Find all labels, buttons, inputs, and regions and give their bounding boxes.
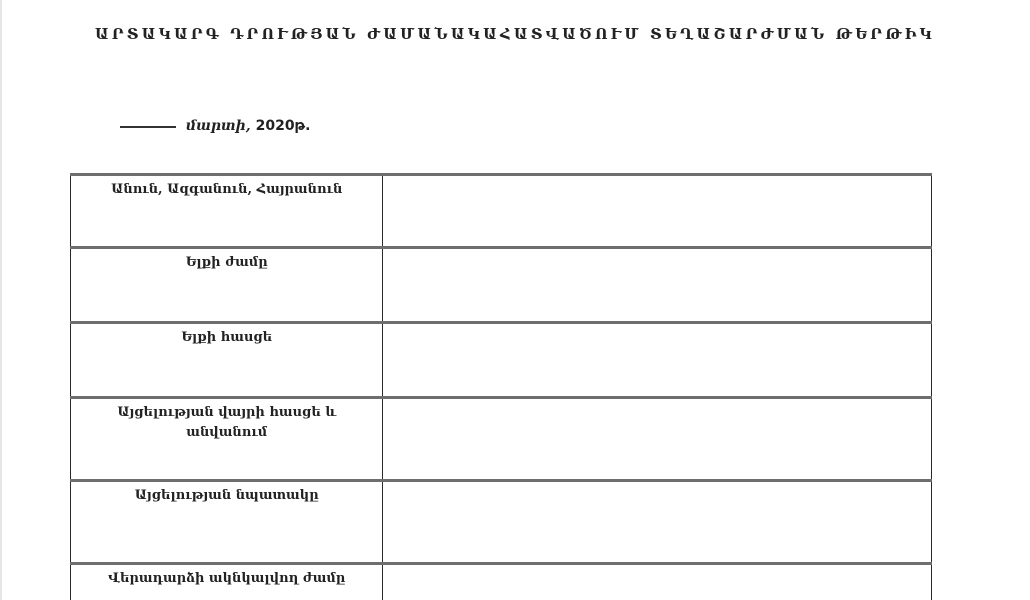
- departure-time-field[interactable]: [383, 248, 932, 323]
- form-label: Ելքի հասցե: [71, 323, 383, 398]
- expected-return-time-field[interactable]: [383, 564, 932, 600]
- form-label: Այցելության նպատակը: [71, 481, 383, 564]
- date-blank-field[interactable]: [120, 126, 176, 128]
- visit-purpose-field[interactable]: [383, 481, 932, 564]
- form-label: Այցելության վայրի հասցե և անվանում: [71, 398, 383, 481]
- date-line: մարտի, 2020թ.: [120, 118, 310, 134]
- visit-place-field[interactable]: [383, 398, 932, 481]
- form-label: Վերադարձի ակնկալվող ժամը: [71, 564, 383, 600]
- form-label: Անուն, Ազգանուն, Հայրանուն: [71, 175, 383, 248]
- form-label: Ելքի ժամը: [71, 248, 383, 323]
- form-row-visit-place: Այցելության վայրի հասցե և անվանում: [71, 398, 932, 481]
- full-name-field[interactable]: [383, 175, 932, 248]
- form-row-departure-address: Ելքի հասցե: [71, 323, 932, 398]
- form-row-visit-purpose: Այցելության նպատակը: [71, 481, 932, 564]
- form-row-departure-time: Ելքի ժամը: [71, 248, 932, 323]
- page-edge: [0, 0, 2, 600]
- movement-form-table: Անուն, Ազգանուն, Հայրանուն Ելքի ժամը Ելք…: [70, 173, 932, 600]
- date-month: մարտի,: [186, 118, 251, 134]
- departure-address-field[interactable]: [383, 323, 932, 398]
- document-title: ԱՐՏԱԿԱՐԳ ԴՐՈՒԹՅԱՆ ԺԱՄԱՆԱԿԱՀԱՏՎԱԾՈՒՄ ՏԵՂԱ…: [0, 26, 1030, 43]
- form-row-full-name: Անուն, Ազգանուն, Հայրանուն: [71, 175, 932, 248]
- date-year: 2020թ.: [256, 118, 311, 134]
- form-row-expected-return-time: Վերադարձի ակնկալվող ժամը: [71, 564, 932, 600]
